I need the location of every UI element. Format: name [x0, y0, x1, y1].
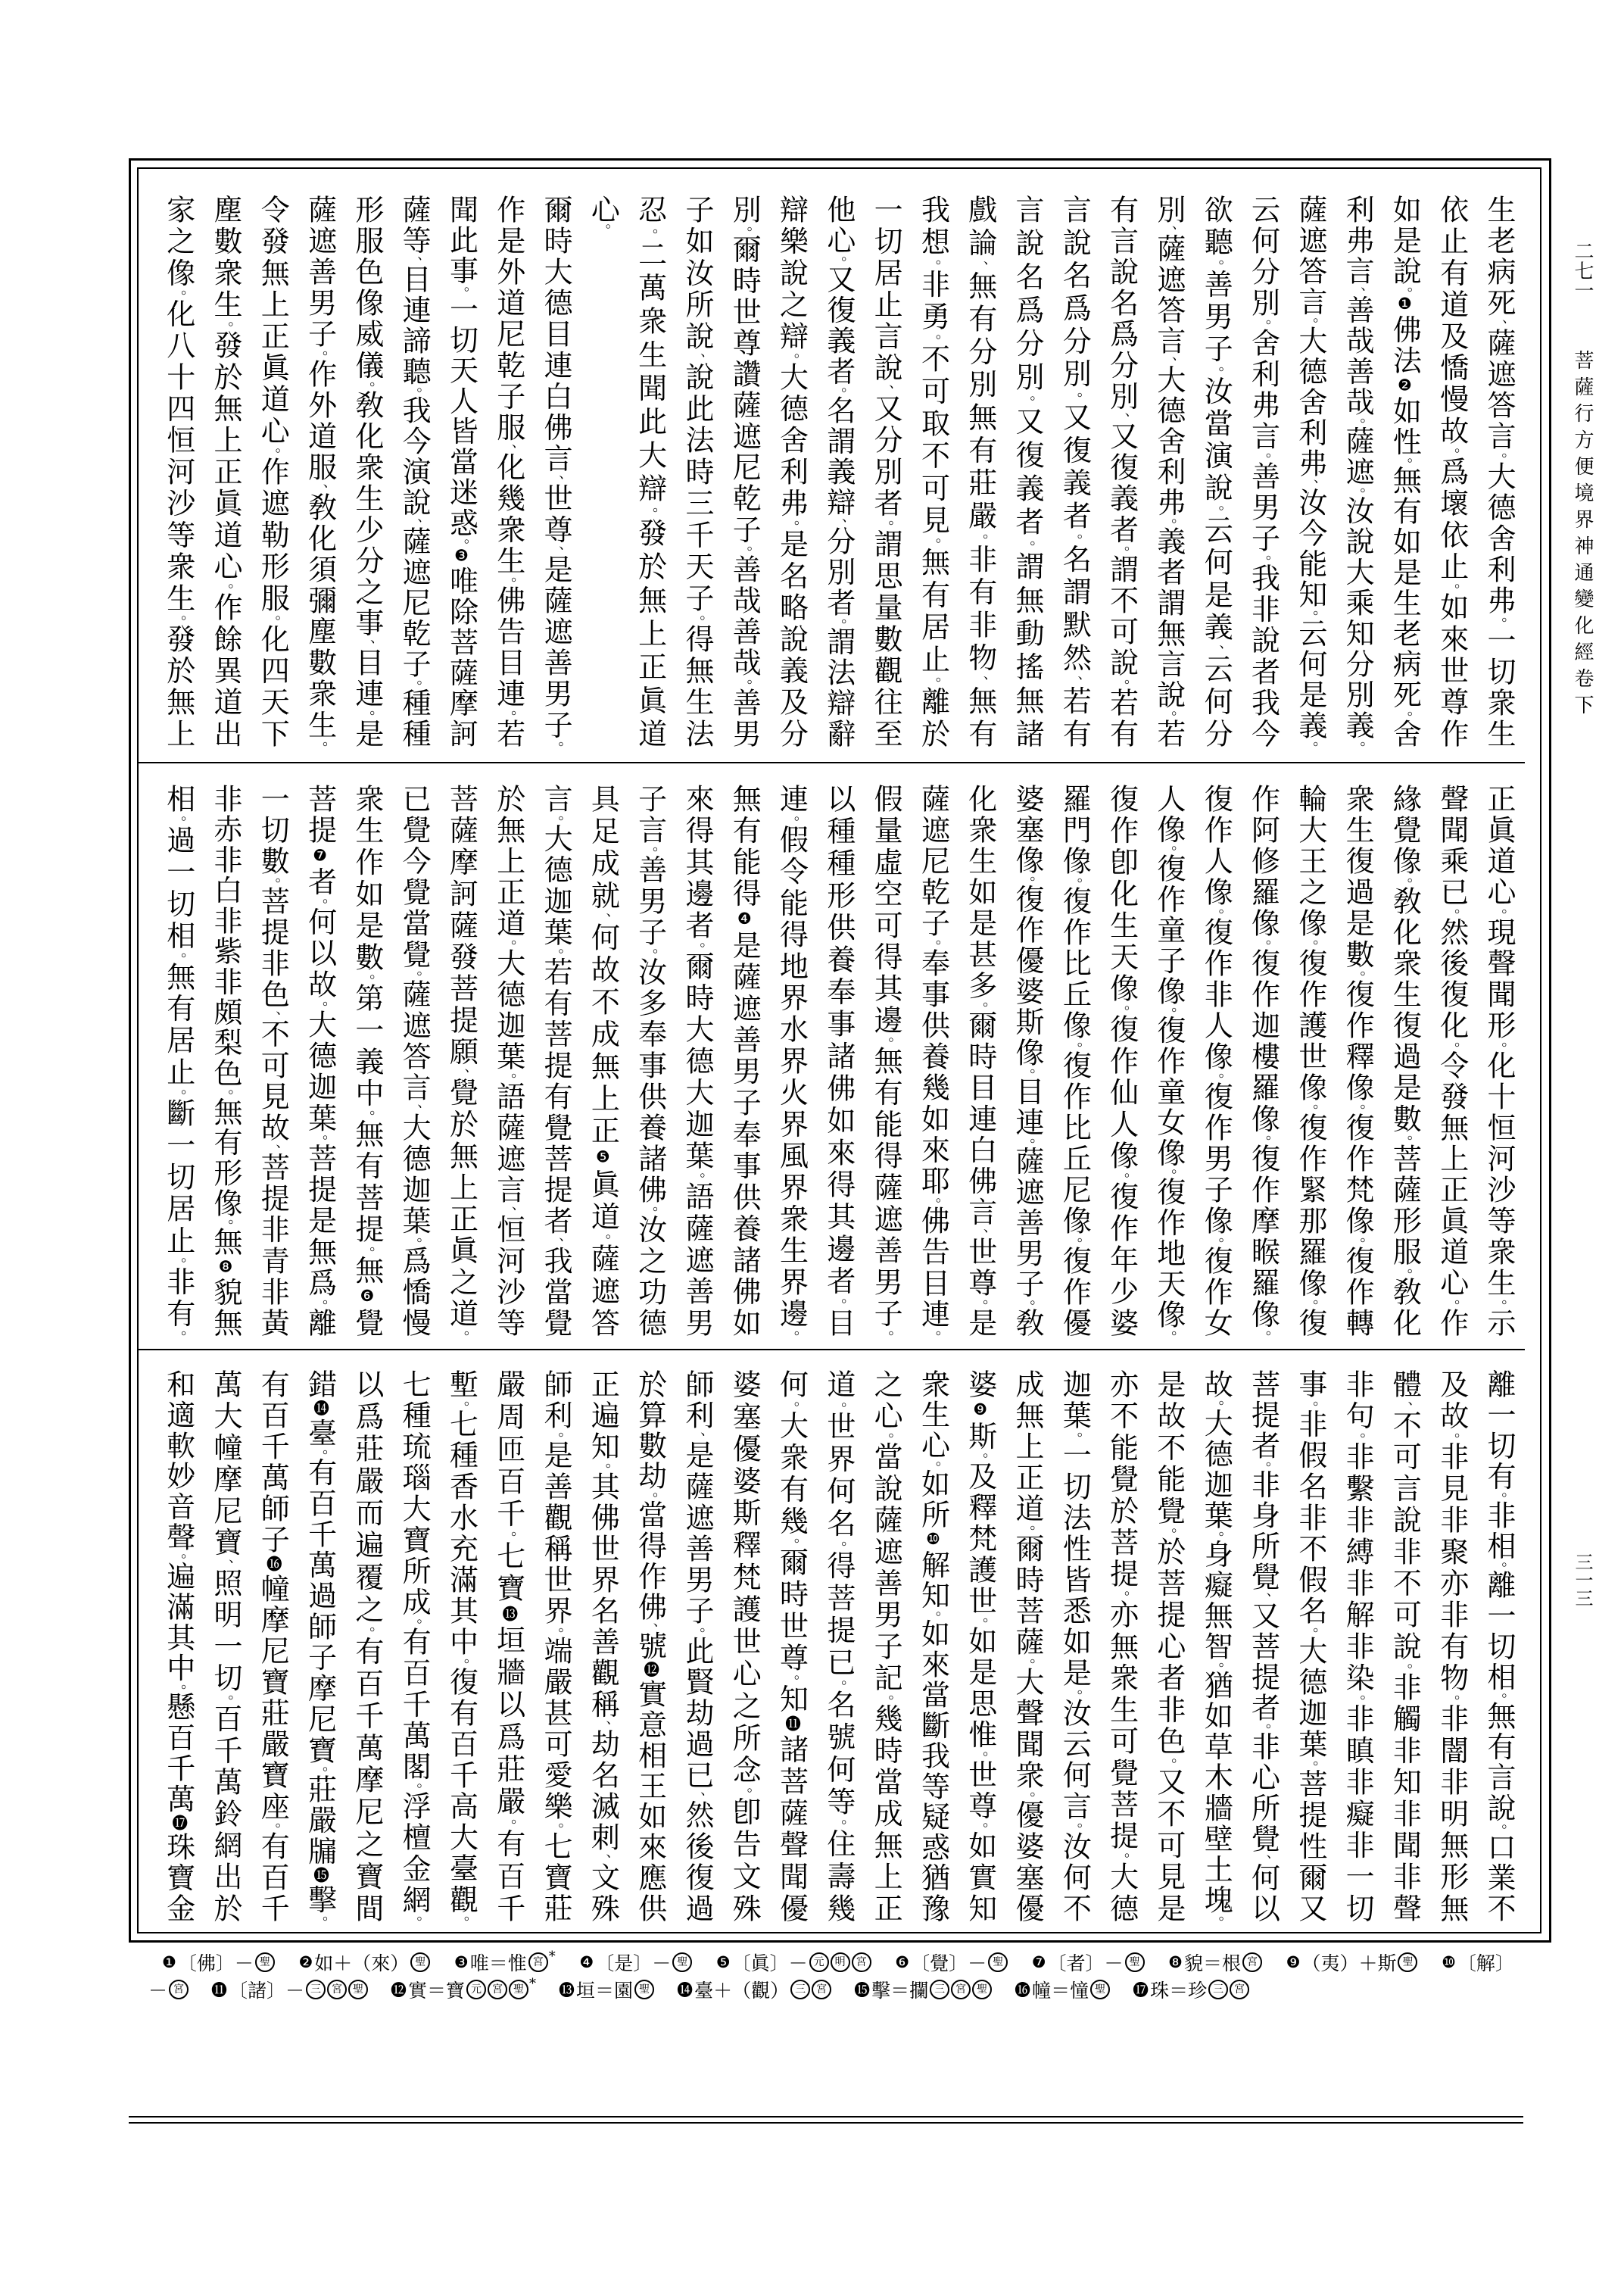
edition-siglum: 聖	[509, 1980, 528, 1999]
footnote-reference-marker: ❼	[311, 846, 329, 866]
text-column: 婆❾斯。及釋梵護世。如是思惟。世尊。如實知	[956, 1369, 1003, 1922]
punctuation: 。	[547, 948, 564, 957]
punctuation: 。	[1349, 970, 1366, 979]
text-column: 利弗言、善哉善哉。薩遮。汝說大乘知分別義。	[1334, 195, 1381, 747]
punctuation: 、	[972, 261, 989, 271]
punctuation: 、	[689, 353, 706, 362]
footnote-text: 擊＝攔	[871, 1976, 928, 2003]
punctuation: 。	[1066, 877, 1083, 886]
text-column: 戲論、無有分別無有莊嚴。非有非物、無有	[956, 195, 1003, 747]
footnote-text: 臺＋（觀）	[694, 1976, 789, 2003]
footnote-marker: ❷	[298, 1953, 313, 1971]
edition-siglum: 聖	[410, 1952, 430, 1972]
punctuation: 。	[924, 334, 941, 344]
punctuation: 。	[642, 507, 659, 518]
punctuation: 。	[924, 1197, 941, 1206]
footnote-text: 〔解〕	[1457, 1949, 1514, 1976]
punctuation: 。	[642, 948, 659, 957]
punctuation: 。	[1019, 395, 1036, 407]
margin-page-number: 三一三	[1567, 1553, 1598, 1607]
bottom-rule	[129, 2116, 1523, 2118]
text-column: 衆生心。如所❿解知。如來當斷我等疑惑猶豫	[909, 1369, 956, 1922]
punctuation: 。	[1255, 1330, 1272, 1337]
text-column: 婆塞像。復作優婆斯像。目連。薩遮善男子。敎	[1004, 784, 1051, 1337]
footnote: ❺〔眞〕－元明宮	[716, 1949, 871, 1976]
punctuation: 。	[1208, 1662, 1224, 1671]
text-column: 七種琉瑙大寶所成。有百千萬閣。浮檀金網。	[391, 1369, 438, 1922]
punctuation: 。	[406, 679, 422, 688]
text-column: 非句。非繫非縛非解非染。非瞋非癡非一切	[1334, 1369, 1381, 1922]
punctuation: 、	[264, 1144, 281, 1153]
punctuation: 。	[359, 710, 376, 719]
text-column: 他心。又復義者。名謂義辯、分別者。謂法辯辭	[815, 195, 862, 747]
punctuation: 。	[972, 1617, 989, 1626]
footnote-reference-marker: ❺	[594, 1147, 612, 1169]
punctuation: 。	[1208, 259, 1224, 269]
text-column: 忍。二萬衆生聞此大辯。發於無上正眞道	[626, 195, 673, 747]
punctuation: 。	[1161, 1006, 1177, 1015]
punctuation: 。	[594, 223, 611, 230]
edition-siglum: 聖	[988, 1952, 1008, 1972]
punctuation: 。	[1066, 1431, 1083, 1440]
text-column: 依止有道及憍慢故。爲壞依止。如來世尊作	[1428, 195, 1475, 747]
punctuation: 。	[736, 226, 753, 235]
punctuation: 。	[1349, 1694, 1366, 1703]
punctuation: 。	[453, 286, 469, 295]
footnote: －宮	[148, 1976, 189, 2003]
punctuation: 。	[1255, 554, 1272, 563]
punctuation: 。	[1161, 710, 1177, 719]
footnote-text: 如＋（來）	[314, 1949, 409, 1976]
punctuation: 。	[1396, 457, 1413, 466]
punctuation: 、	[689, 1431, 706, 1440]
text-column: 嚴周匝百千。七寶⓭垣牆以爲莊嚴。有百千	[485, 1369, 531, 1922]
edition-siglum: 聖	[1398, 1952, 1417, 1972]
footnote-asterisk: *	[549, 1949, 556, 1965]
footnote-reference-marker: ❾	[971, 1400, 990, 1421]
punctuation: 。	[1019, 1658, 1036, 1667]
punctuation: 、	[217, 1559, 234, 1568]
punctuation: 。	[406, 387, 422, 395]
punctuation: 。	[689, 1627, 706, 1636]
punctuation: 、	[500, 1206, 517, 1215]
punctuation: 。	[1302, 1299, 1319, 1308]
text-column: 令發無上正眞道心。作遮勒形服。化四天下	[249, 195, 296, 747]
footnote-text: 實＝寶	[408, 1976, 465, 2003]
punctuation: 。	[972, 1001, 989, 1010]
footnote-reference-marker: ❿	[924, 1530, 942, 1550]
edition-siglum: 宮	[812, 1980, 831, 1999]
text-column: 萬大幢摩尼寶、照明一切。百千萬鈴網出於	[202, 1369, 249, 1922]
footnote-text: 〔者〕－	[1048, 1949, 1124, 1976]
punctuation: 、	[547, 1237, 564, 1246]
punctuation: 。	[1114, 1005, 1130, 1014]
footnote-marker: ❸	[454, 1953, 469, 1971]
punctuation: 。	[924, 1461, 941, 1469]
footnote-marker: ⓫	[211, 1978, 227, 2001]
punctuation: 。	[972, 1299, 989, 1308]
punctuation: 。	[736, 679, 753, 688]
punctuation: 。	[972, 1453, 989, 1462]
footnote-text: －	[148, 1976, 167, 2003]
punctuation: 。	[312, 1299, 329, 1308]
punctuation: 。	[170, 1330, 187, 1337]
punctuation: 、	[831, 518, 847, 526]
punctuation: 。	[1396, 1268, 1413, 1277]
punctuation: 。	[1161, 845, 1177, 854]
edition-siglum: 宮	[327, 1980, 347, 1999]
punctuation: 。	[642, 846, 659, 855]
text-column: 正遍知。其佛世界名善觀稱、劫名滅刺、文殊	[579, 1369, 626, 1922]
punctuation: 。	[1019, 540, 1036, 551]
text-column: 一切數。菩提非色、不可見故、菩提非青非黃	[249, 784, 296, 1337]
edition-siglum: 宮	[1242, 1952, 1262, 1972]
punctuation: 。	[1491, 1492, 1507, 1500]
footnote-text: 〔是〕－	[595, 1949, 671, 1976]
text-column: 何。大衆有幾。爾時世尊。知⓫諸菩薩聲聞優	[768, 1369, 815, 1922]
footnote-marker: ❿	[1442, 1953, 1456, 1971]
punctuation: 。	[1396, 877, 1413, 886]
punctuation: 。	[1114, 1590, 1130, 1599]
footnote-reference-marker: ❻	[358, 1287, 376, 1308]
text-column: 假量虛空可得其邊。無有能得薩遮善男子。	[862, 784, 909, 1337]
punctuation: 。	[547, 1627, 564, 1636]
footnote: ⓫〔諸〕－三宮聖	[211, 1976, 368, 2003]
punctuation: 。	[972, 1751, 989, 1760]
footnote-reference-marker: ⓱	[170, 1815, 188, 1832]
punctuation: 、	[972, 676, 989, 686]
footnote-marker: ❻	[895, 1953, 909, 1971]
punctuation: 。	[1161, 1169, 1177, 1177]
text-column: 菩提者。非身所覺、又菩提者。非心所覺、何以	[1239, 1369, 1286, 1922]
punctuation: 、	[1491, 319, 1507, 328]
footnote-marker: ❼	[1032, 1953, 1046, 1971]
footnote-reference-marker: ❽	[217, 1258, 235, 1278]
punctuation: 。	[312, 898, 329, 907]
punctuation: 。	[594, 1462, 611, 1471]
text-column: 辯樂說之辯。大德舍利弗。是名略說義及分	[768, 195, 815, 747]
punctuation: 、	[642, 1622, 659, 1631]
text-column: 心。	[579, 195, 626, 747]
punctuation: 。	[1444, 1299, 1460, 1308]
punctuation: 。	[1161, 1330, 1177, 1337]
footnote-reference-marker: ⓫	[783, 1715, 801, 1734]
footnote-text: 〔諸〕－	[229, 1976, 304, 2003]
punctuation: 。	[1349, 1103, 1366, 1113]
punctuation: 。	[547, 1822, 564, 1831]
register-top: 生老病死、薩遮答言。大德舍利弗。一切衆生 依止有道及憍慢故。爲壞依止。如來世尊作…	[154, 195, 1523, 747]
punctuation: 、	[500, 444, 517, 453]
punctuation: 。	[594, 1234, 611, 1244]
footnote: ⓮臺＋（觀）三宮	[677, 1976, 831, 2003]
punctuation: 。	[453, 1915, 469, 1922]
punctuation: 。	[1066, 533, 1083, 544]
footnote: ❾（夷）＋斯聖	[1286, 1949, 1418, 1976]
edition-siglum: 聖	[348, 1980, 368, 1999]
punctuation: 。	[1208, 505, 1224, 515]
punctuation: 、	[877, 384, 894, 393]
punctuation: 。	[406, 1783, 422, 1792]
punctuation: 。	[1208, 1400, 1224, 1409]
edition-siglum: 聖	[1090, 1980, 1110, 1999]
punctuation: 、	[1161, 226, 1177, 234]
edition-siglum: 宮	[1230, 1980, 1249, 1999]
punctuation: 。	[170, 1684, 187, 1692]
text-column: 菩提❼者。何以故。大德迦葉。菩提是無爲。離	[296, 784, 343, 1337]
punctuation: 。	[1302, 1400, 1319, 1409]
text-column: 事。非假名非不假名。大德迦葉。菩提性爾又	[1287, 1369, 1334, 1922]
punctuation: 。	[217, 1694, 234, 1703]
punctuation: 。	[924, 1330, 941, 1337]
punctuation: 。	[1491, 1041, 1507, 1050]
punctuation: 。	[1302, 317, 1319, 326]
footnote: ❸唯＝惟宮*	[454, 1949, 556, 1976]
text-column: 故。大德迦葉。身癡無智。猶如草木牆壁土塊。	[1192, 1369, 1239, 1922]
text-column: 人像。復作童子像。復作童女像。復作地天像。	[1146, 784, 1192, 1337]
text-column: 成無上正道。爾時菩薩。大聲聞衆。優婆塞優	[1004, 1369, 1051, 1922]
footnotes-line-1: ❶〔佛〕－聖 ❷如＋（來）聖 ❸唯＝惟宮* ❹〔是〕－聖 ❺〔眞〕－元明宮 ❻〔…	[162, 1949, 1514, 1975]
text-column: 體、不可言說非不可說。非觸非知非聞非聲	[1381, 1369, 1428, 1922]
footnotes-line-2: －宮 ⓫〔諸〕－三宮聖 ⓬實＝寶元宮聖* ⓭垣＝園聖 ⓮臺＋（觀）三宮 ⓯擊＝攔…	[148, 1977, 1249, 2002]
punctuation: 。	[689, 942, 706, 951]
punctuation: 。	[406, 1915, 422, 1922]
punctuation: 。	[642, 1492, 659, 1500]
text-column: 別。爾時世尊讚薩遮尼乾子。善哉善哉。善男	[721, 195, 768, 747]
edition-siglum: 三	[1208, 1980, 1228, 1999]
punctuation: 。	[547, 741, 564, 747]
text-column: 離一切有。非相。離一切相。無有言說。口業不	[1476, 1369, 1523, 1922]
punctuation: 。	[1444, 583, 1460, 592]
punctuation: 。	[406, 1237, 422, 1246]
punctuation: 。	[1444, 1432, 1460, 1441]
punctuation: 。	[1491, 1693, 1507, 1701]
text-column: 我想。非勇。不可取不可見。無有居止。離於	[909, 195, 956, 747]
punctuation: 。	[217, 321, 234, 330]
text-column: 言說名爲分別。又復義者。謂無動搖無諸	[1004, 195, 1051, 747]
punctuation: 。	[1114, 679, 1130, 688]
edition-siglum: 三	[306, 1980, 326, 1999]
punctuation: 。	[784, 353, 800, 362]
punctuation: 。	[877, 1037, 894, 1046]
punctuation: 。	[1208, 1915, 1224, 1922]
text-column: 薩遮尼乾子。奉事供養幾如來耶。佛告目連。	[909, 784, 956, 1337]
footnote: ❷如＋（來）聖	[298, 1949, 430, 1976]
punctuation: 。	[1114, 545, 1130, 554]
punctuation: 。	[1114, 1852, 1130, 1862]
footnote: ⓱珠＝珍三宮	[1133, 1976, 1249, 2003]
punctuation: 。	[312, 1134, 329, 1144]
punctuation: 。	[1349, 417, 1366, 426]
punctuation: 。	[1208, 1531, 1224, 1540]
text-column: 來得其邊者。爾時大德大迦葉。語薩遮善男	[674, 784, 721, 1337]
punctuation: 。	[784, 520, 800, 529]
punctuation: 。	[784, 1537, 800, 1547]
punctuation: 、	[594, 1720, 611, 1729]
footnote-marker: ⓱	[1133, 1978, 1149, 2001]
punctuation: 。	[547, 1431, 564, 1440]
punctuation: 。	[1019, 875, 1036, 884]
edition-siglum: 宮	[951, 1980, 971, 1999]
punctuation: 、	[1066, 676, 1083, 686]
punctuation: 、	[406, 518, 422, 526]
punctuation: 。	[1161, 518, 1177, 526]
footnote-reference-marker: ⓰	[263, 1556, 282, 1574]
text-column: 以種種形供養奉事諸佛如來得其邊者。目	[815, 784, 862, 1337]
punctuation: 、	[1255, 1854, 1272, 1862]
punctuation: 。	[1444, 448, 1460, 457]
punctuation: 。	[1491, 1562, 1507, 1570]
punctuation: 。	[359, 1109, 376, 1119]
footnote: ❻〔覺〕－聖	[895, 1949, 1008, 1976]
punctuation: 。	[170, 289, 187, 298]
text-column: 衆生作如是數。第一義中。無有菩提。無❻覺	[344, 784, 391, 1337]
text-column: 復作卽化生天像。復作仙人像。復作年少婆	[1098, 784, 1145, 1337]
edition-siglum: 宮	[852, 1952, 871, 1972]
text-column: 有百千萬師子⓰幢摩尼寶莊嚴寶座。有百千	[249, 1369, 296, 1922]
punctuation: 。	[1396, 1134, 1413, 1144]
text-column: 連。假令能得地界水界火界風界衆生界邊。	[768, 784, 815, 1337]
punctuation: 。	[1349, 488, 1366, 496]
punctuation: 。	[1019, 1300, 1036, 1308]
text-column: 亦不能覺於菩提。亦無衆生可覺菩提。大德	[1098, 1369, 1145, 1922]
punctuation: 。	[1302, 1103, 1319, 1113]
punctuation: 、	[547, 545, 564, 554]
text-column: 薩遮善男子。作外道服、敎化須彌塵數衆生。	[296, 195, 343, 747]
text-column: 別、薩遮答言、大德舍利弗。義者謂無言說。若	[1146, 195, 1192, 747]
text-column: 和適軟妙音聲。遍滿其中。懸百千萬⓱珠寶金	[154, 1369, 201, 1922]
footnote-reference-marker: ⓭	[500, 1606, 518, 1625]
punctuation: 。	[642, 228, 659, 239]
punctuation: 、	[406, 1103, 422, 1113]
punctuation: 。	[831, 1298, 847, 1308]
footnote-text: 〔佛〕－	[178, 1949, 254, 1976]
punctuation: 。	[689, 1172, 706, 1181]
text-column: 菩薩摩訶薩發菩提願、覺於無上正眞之道。	[438, 784, 485, 1337]
punctuation: 。	[831, 1402, 847, 1412]
punctuation: 。	[1066, 1041, 1083, 1050]
punctuation: 。	[359, 974, 376, 983]
punctuation: 。	[170, 952, 187, 962]
edition-siglum: 宮	[528, 1952, 548, 1972]
punctuation: 。	[1349, 1432, 1366, 1441]
edition-siglum: 元	[466, 1980, 486, 1999]
punctuation: 。	[831, 256, 847, 264]
footnote-reference-marker: ⓮	[311, 1400, 329, 1418]
punctuation: 、	[689, 1791, 706, 1800]
text-column: 子如汝所說、說此法時三千天子。得無生法	[674, 195, 721, 747]
punctuation: 。	[359, 1246, 376, 1255]
text-column: 作阿修羅像。復作迦樓羅像。復作摩睺羅像。	[1239, 784, 1286, 1337]
text-column: 錯⓮臺。有百千萬過師子摩尼寶。莊嚴牖⓯擊。	[296, 1369, 343, 1922]
punctuation: 。	[312, 1766, 329, 1774]
punctuation: 。	[453, 1330, 469, 1337]
footnote-reference-marker: ❷	[1395, 376, 1414, 395]
punctuation: 。	[1255, 1723, 1272, 1731]
punctuation: 。	[1491, 1299, 1507, 1308]
footnote-marker: ⓬	[391, 1978, 407, 2001]
footnote-marker: ❾	[1286, 1953, 1301, 1971]
text-column: 衆生復過是數。復作釋像。復作梵像。復作轉	[1334, 784, 1381, 1337]
footnote-text: 幢＝憧	[1032, 1976, 1089, 2003]
punctuation: 。	[1302, 939, 1319, 948]
punctuation: 。	[312, 1449, 329, 1457]
punctuation: 。	[1208, 366, 1224, 376]
text-column: 生老病死、薩遮答言。大德舍利弗。一切衆生	[1476, 195, 1523, 747]
text-column: 形服色像威儀。敎化衆生少分之事、目連。是	[344, 195, 391, 747]
punctuation: 。	[1255, 939, 1272, 948]
punctuation: 。	[924, 1611, 941, 1619]
text-column: 及故。非見非聚亦非有物。非闇非明無形無	[1428, 1369, 1475, 1922]
footnote-marker: ⓰	[1015, 1978, 1030, 2001]
text-column: 作是外道尼乾子服、化幾衆生。佛告目連。若	[485, 195, 531, 747]
punctuation: 、	[312, 483, 329, 492]
punctuation: 。	[924, 939, 941, 948]
punctuation: 。	[1208, 1237, 1224, 1246]
text-column: 師利。是善觀稱世界。端嚴甚可愛樂。七寶莊	[532, 1369, 579, 1922]
edition-siglum: 聖	[672, 1952, 692, 1972]
text-column: 婆塞優婆斯釋梵護世心之所念。卽告文殊	[721, 1369, 768, 1922]
punctuation: 。	[312, 1915, 329, 1922]
punctuation: 。	[453, 538, 469, 547]
text-column: 薩等、目連諦聽。我今演說、薩遮尼乾子。種種	[391, 195, 438, 747]
punctuation: 。	[784, 1401, 800, 1411]
text-column: 一切居止言說、又分別者。謂思量數觀往至	[862, 195, 909, 747]
footnote: ❹〔是〕－聖	[579, 1949, 692, 1976]
punctuation: 。	[1444, 1041, 1460, 1050]
text-column: 薩遮答言。大德舍利弗、汝今能知。云何是義。	[1287, 195, 1334, 747]
footnote-marker: ❹	[579, 1953, 594, 1971]
punctuation: 。	[1302, 1760, 1319, 1769]
punctuation: 。	[170, 1553, 187, 1562]
punctuation: 。	[924, 259, 941, 269]
punctuation: 。	[264, 1822, 281, 1831]
text-column: 塵數衆生。發於無上正眞道心。作餘異道出	[202, 195, 249, 747]
margin-text-number: 二七一	[1567, 241, 1598, 300]
footnote-reference-marker: ⓬	[641, 1662, 659, 1679]
text-column: 聲聞乘已。然後復化。令發無上正眞道心。作	[1428, 784, 1475, 1337]
text-column: 是故不能覺。於菩提心者非色。又不可見是	[1146, 1369, 1192, 1922]
edition-siglum: 宮	[169, 1980, 189, 1999]
punctuation: 、	[1114, 412, 1130, 421]
punctuation: 。	[831, 387, 847, 395]
punctuation: 。	[877, 1694, 894, 1703]
punctuation: 。	[1255, 1134, 1272, 1144]
punctuation: 。	[1302, 741, 1319, 747]
footnote: ❿〔解〕	[1442, 1949, 1514, 1976]
punctuation: 。	[1349, 1237, 1366, 1246]
text-column: 言說名爲分別。又復義者。名謂默然、若有	[1051, 195, 1098, 747]
text-column: 言。大德迦葉。若有菩提有覺菩提者、我當覺	[532, 784, 579, 1337]
text-column: 迦葉。一切法性皆悉如是。汝云何言。汝何不	[1051, 1369, 1098, 1922]
punctuation: 、	[1302, 479, 1319, 487]
punctuation: 、	[1349, 286, 1366, 295]
punctuation: 。	[406, 970, 422, 979]
punctuation: 。	[1019, 1791, 1036, 1800]
punctuation: 。	[264, 448, 281, 457]
punctuation: 、	[972, 1228, 989, 1237]
punctuation: 。	[359, 381, 376, 390]
punctuation: 。	[312, 741, 329, 747]
punctuation: 。	[1161, 1758, 1177, 1767]
punctuation: 。	[831, 619, 847, 627]
punctuation: 。	[1255, 452, 1272, 461]
footnote-marker: ❽	[1168, 1953, 1183, 1971]
edition-siglum: 元	[809, 1952, 829, 1972]
punctuation: 、	[1161, 357, 1177, 365]
punctuation: 、	[1255, 1592, 1272, 1600]
text-column: 化衆生如是甚多。爾時目連白佛言、世尊。是	[956, 784, 1003, 1337]
punctuation: 。	[784, 1330, 800, 1337]
